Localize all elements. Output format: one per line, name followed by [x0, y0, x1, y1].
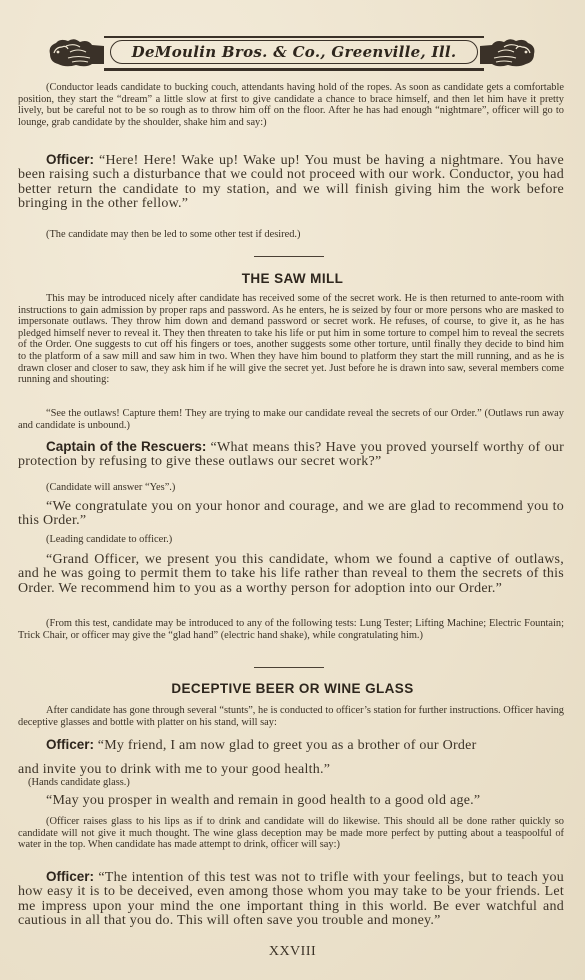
header-banner: DeMoulin Bros. & Co., Greenville, Ill. [46, 34, 538, 70]
speech-text: “The intention of this test was not to t… [18, 870, 564, 928]
page-number: XXVIII [0, 944, 585, 960]
section-title-saw-mill: THE SAW MILL [0, 271, 585, 286]
banner-cartouche: DeMoulin Bros. & Co., Greenville, Ill. [110, 40, 478, 64]
captain-speech: Captain of the Rescuers: “What means thi… [18, 440, 564, 470]
speaker-label: Officer: [46, 152, 94, 167]
lion-head-icon [46, 34, 106, 70]
speech-text: “Here! Here! Wake up! Wake up! You must … [18, 153, 564, 211]
outlaws-shout: “See the outlaws! Capture them! They are… [18, 408, 564, 431]
closing-officer-speech: Officer: “The intention of this test was… [18, 870, 564, 928]
officer-greeting-continued: and invite you to drink with me to your … [18, 763, 564, 777]
follow-up-note: (From this test, candidate may be introd… [18, 618, 564, 641]
candidate-answer-note: (Candidate will answer “Yes”.) [18, 482, 564, 493]
raise-glass-note: (Officer raises glass to his lips as if … [18, 816, 564, 851]
beer-glass-description: After candidate has gone through several… [18, 705, 564, 728]
catalog-page: DeMoulin Bros. & Co., Greenville, Ill. (… [0, 0, 585, 980]
speaker-label: Officer: [46, 737, 94, 752]
closing-note: (The candidate may then be led to some o… [18, 229, 564, 240]
hands-glass-note: (Hands candidate glass.) [18, 777, 564, 788]
speaker-label: Captain of the Rescuers: [46, 439, 206, 454]
officer-wake-speech: Officer: “Here! Here! Wake up! Wake up! … [18, 153, 564, 211]
stage-direction: (Conductor leads candidate to bucking co… [18, 82, 564, 128]
toast-speech: “May you prosper in wealth and remain in… [18, 794, 564, 808]
presentation-speech: “Grand Officer, we present you this cand… [18, 553, 564, 596]
speech-text: “My friend, I am now glad to greet you a… [98, 738, 477, 753]
intro-section: (Conductor leads candidate to bucking co… [18, 82, 564, 128]
publisher-name: DeMoulin Bros. & Co., Greenville, Ill. [132, 43, 457, 61]
speaker-label: Officer: [46, 869, 94, 884]
leading-note: (Leading candidate to officer.) [18, 534, 564, 545]
section-title-beer-glass: DECEPTIVE BEER OR WINE GLASS [0, 681, 585, 696]
section-divider [254, 667, 324, 668]
officer-greeting: Officer: “My friend, I am now glad to gr… [18, 738, 564, 753]
congratulation-speech: “We congratulate you on your honor and c… [18, 500, 564, 529]
saw-mill-description: This may be introduced nicely after cand… [18, 293, 564, 386]
section-divider [254, 256, 324, 257]
lion-head-icon [478, 34, 538, 70]
